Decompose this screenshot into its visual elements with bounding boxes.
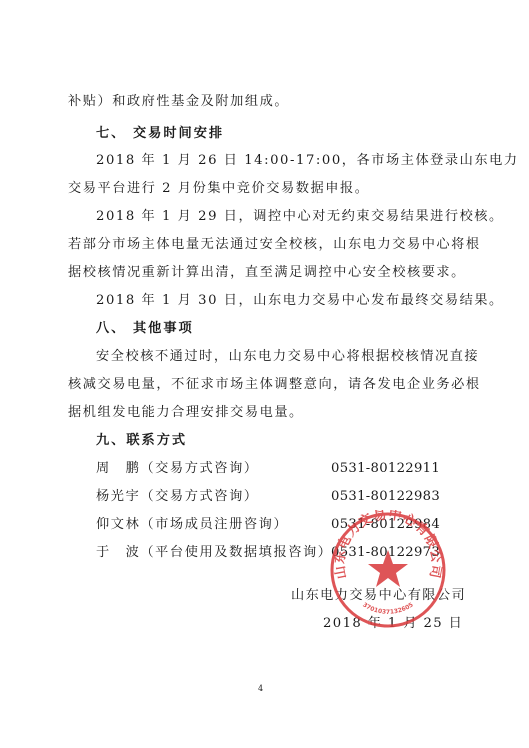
section-heading-9: 九、联系方式	[96, 433, 187, 449]
contact-name: 杨光宇（交易方式咨询）	[96, 489, 259, 505]
paragraph-line: 2018 年 1 月 30 日，山东电力交易中心发布最终交易结果。	[96, 293, 504, 309]
contact-name: 于 波（平台使用及数据填报咨询）	[96, 545, 333, 561]
paragraph-line: 安全校核不通过时，山东电力交易中心将根据校核情况直接	[96, 349, 479, 365]
svg-text:3701037132605: 3701037132605	[361, 601, 414, 615]
paragraph-line: 2018 年 1 月 26 日 14:00-17:00，各市场主体登录山东电力	[96, 153, 519, 169]
contact-phone: 0531-80122983	[331, 489, 440, 505]
contact-name: 周 鹏（交易方式咨询）	[96, 461, 259, 477]
section-heading-7: 七、 交易时间安排	[96, 126, 224, 142]
contact-name: 仰文林（市场成员注册咨询）	[96, 517, 288, 533]
paragraph-line: 若部分市场主体电量无法通过安全校核，山东电力交易中心将根	[68, 237, 481, 253]
paragraph-line: 据机组发电能力合理安排交易电量。	[68, 405, 304, 421]
document-page: 补贴）和政府性基金及附加组成。 七、 交易时间安排 2018 年 1 月 26 …	[0, 0, 529, 748]
contact-phone: 0531-80122911	[331, 461, 440, 477]
page-number: 4	[258, 684, 263, 693]
paragraph-line: 交易平台进行 2 月份集中竞价交易数据申报。	[68, 181, 369, 197]
paragraph-line: 补贴）和政府性基金及附加组成。	[68, 94, 289, 110]
section-heading-8: 八、 其他事项	[96, 321, 194, 337]
official-seal-icon: 山东电力交易中心有限公司 3701037132605	[328, 510, 448, 630]
paragraph-line: 2018 年 1 月 29 日，调控中心对无约束交易结果进行校核。	[96, 209, 504, 225]
paragraph-line: 据校核情况重新计算出清，直至满足调控中心安全校核要求。	[68, 265, 466, 281]
paragraph-line: 核减交易电量，不征求市场主体调整意向，请各发电企业务必根	[68, 377, 481, 393]
